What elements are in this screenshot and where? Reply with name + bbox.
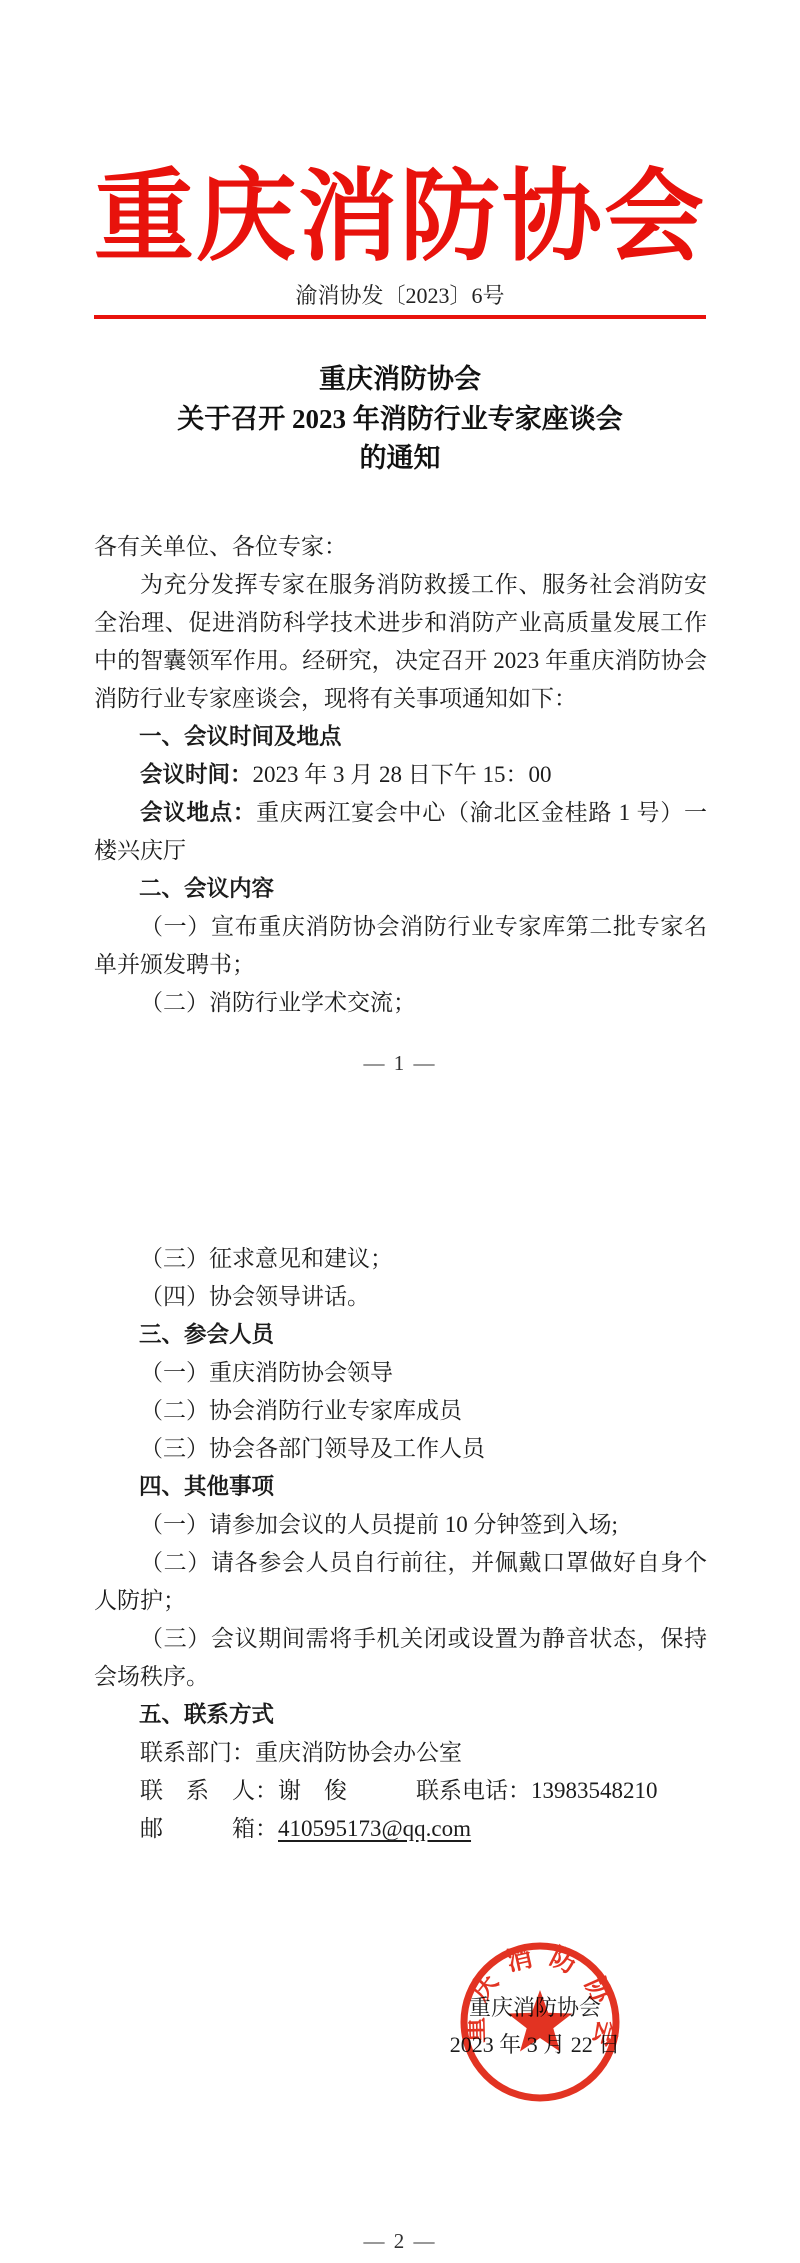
body-paragraph: 联系部门：重庆消防协会办公室 xyxy=(94,1734,707,1772)
body-paragraph: 会议地点：重庆两江宴会中心（渝北区金桂路 1 号）一楼兴庆厅 xyxy=(94,794,707,870)
official-notice-document: 重庆消防协会 渝消协发〔2023〕6号 重庆消防协会 关于召开 2023 年消防… xyxy=(0,0,800,2263)
body-paragraph: （三）协会各部门领导及工作人员 xyxy=(94,1430,707,1468)
page1-body: 各有关单位、各位专家：为充分发挥专家在服务消防救援工作、服务社会消防安全治理、促… xyxy=(94,528,707,1022)
body-paragraph: 联 系 人：谢 俊 联系电话：13983548210 xyxy=(94,1772,707,1810)
section-heading: 三、参会人员 xyxy=(94,1316,707,1354)
notice-title-line: 的通知 xyxy=(0,439,800,479)
email-link[interactable]: 410595173@qq.com xyxy=(278,1816,471,1841)
body-paragraph: 邮 箱：410595173@qq.com xyxy=(94,1810,707,1848)
section-heading: 四、其他事项 xyxy=(94,1468,707,1506)
section-heading: 五、联系方式 xyxy=(94,1696,707,1734)
body-paragraph: （二）请各参会人员自行前往，并佩戴口罩做好自身个人防护； xyxy=(94,1544,707,1620)
body-paragraph: （三）征求意见和建议； xyxy=(94,1240,707,1278)
notice-title-line: 重庆消防协会 xyxy=(0,360,800,400)
body-paragraph: （一）请参加会议的人员提前 10 分钟签到入场; xyxy=(94,1506,707,1544)
body-paragraph: （三）会议期间需将手机关闭或设置为静音状态，保持会场秩序。 xyxy=(94,1620,707,1696)
letterhead-org-title: 重庆消防协会 xyxy=(0,168,800,268)
field-label: 会议时间： xyxy=(140,762,253,787)
page2-body: （三）征求意见和建议；（四）协会领导讲话。三、参会人员（一）重庆消防协会领导（二… xyxy=(94,1240,707,1848)
section-heading: 一、会议时间及地点 xyxy=(94,718,707,756)
document-number: 渝消协发〔2023〕6号 xyxy=(0,281,800,311)
page2-number: — 2 — xyxy=(0,2226,800,2256)
section-heading: 二、会议内容 xyxy=(94,870,707,908)
body-paragraph: 会议时间：2023 年 3 月 28 日下午 15：00 xyxy=(94,756,707,794)
letterhead-divider-line xyxy=(94,315,706,319)
body-paragraph: （一）宣布重庆消防协会消防行业专家库第二批专家名单并颁发聘书； xyxy=(94,908,707,984)
body-paragraph: （一）重庆消防协会领导 xyxy=(94,1354,707,1392)
seal-star-icon xyxy=(508,1990,573,2052)
body-paragraph: 为充分发挥专家在服务消防救援工作、服务社会消防安全治理、促进消防科学技术进步和消… xyxy=(94,566,707,718)
field-label: 会议地点： xyxy=(140,800,256,825)
body-paragraph: （四）协会领导讲话。 xyxy=(94,1278,707,1316)
body-paragraph: （二）协会消防行业专家库成员 xyxy=(94,1392,707,1430)
notice-title: 重庆消防协会 关于召开 2023 年消防行业专家座谈会 的通知 xyxy=(0,360,800,479)
body-paragraph: （二）消防行业学术交流； xyxy=(94,984,707,1022)
official-red-seal: 重庆消防协会 xyxy=(450,1932,630,2112)
page1-number: — 1 — xyxy=(0,1048,800,1078)
notice-title-line: 关于召开 2023 年消防行业专家座谈会 xyxy=(0,400,800,440)
body-paragraph: 各有关单位、各位专家： xyxy=(94,528,707,566)
